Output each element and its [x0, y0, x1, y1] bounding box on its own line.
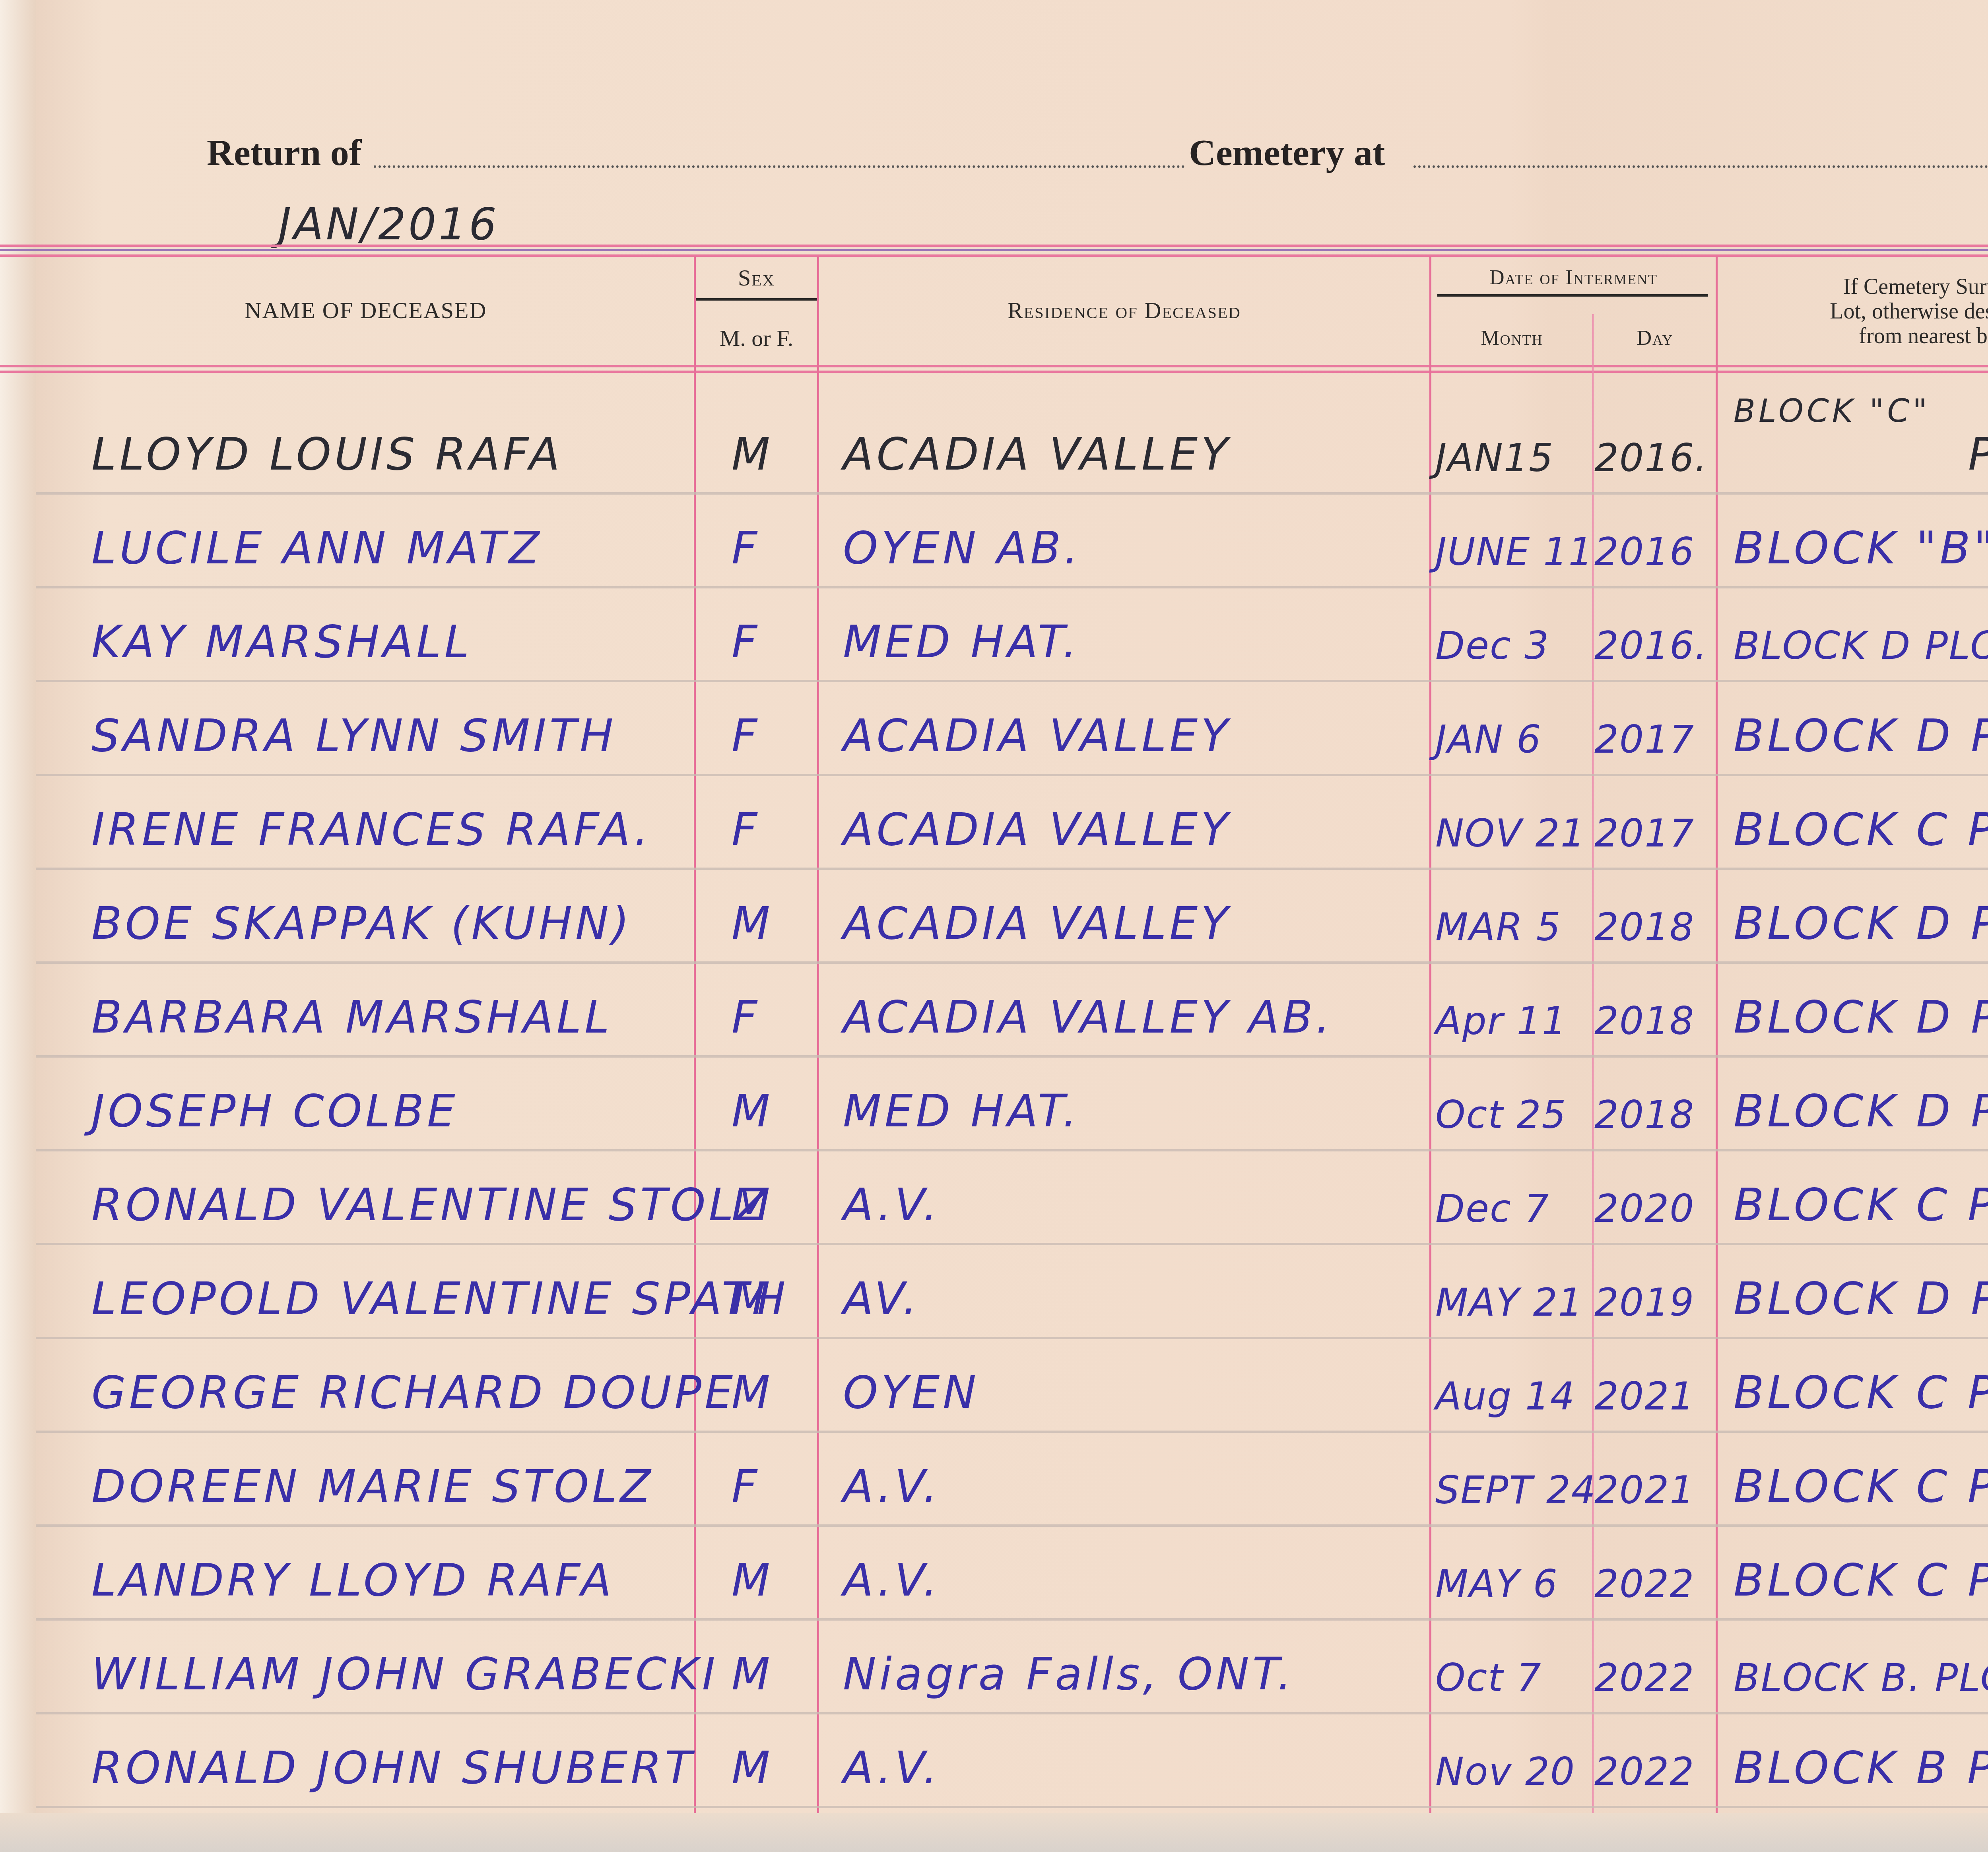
- residence-value: Niagra Falls, ONT.: [843, 1648, 1295, 1700]
- table-row: JOSEPH COLBEMMED HAT.Oct 252018BLOCK D P…: [0, 1058, 1988, 1146]
- interment-month: SEPT 24: [1435, 1468, 1596, 1512]
- deceased-name: BOE SKAPPAK (KUHN): [91, 898, 633, 949]
- header-date-rule: [1437, 294, 1708, 297]
- ruled-line: [36, 1055, 1988, 1058]
- interment-month: MAY 6: [1435, 1562, 1558, 1606]
- sex-value: F: [732, 616, 760, 668]
- interment-month: Dec 3: [1435, 623, 1549, 668]
- interment-day: 2021: [1594, 1468, 1695, 1512]
- table-row: RONALD VALENTINE STOLZMA.V.Dec 72020BLOC…: [0, 1152, 1988, 1240]
- table-row: BOE SKAPPAK (KUHN)MACADIA VALLEYMAR 5201…: [0, 871, 1988, 958]
- residence-value: A.V.: [843, 1461, 941, 1512]
- residence-value: MED HAT.: [843, 1085, 1080, 1137]
- ruled-line: [36, 492, 1988, 495]
- table-row: LUCILE ANN MATZFOYEN AB.JUNE 112016BLOCK…: [0, 495, 1988, 583]
- header-lot-line3: from nearest boundary of Cemetery: [1718, 324, 1988, 348]
- ruled-line: [36, 961, 1988, 964]
- ruled-line: [36, 868, 1988, 870]
- page-bottom-edge: [0, 1813, 1988, 1852]
- deceased-name: LANDRY LLOYD RAFA: [91, 1555, 615, 1606]
- residence-value: A.V.: [843, 1179, 941, 1231]
- lot-description: BLOCK C PLOT 47: [1734, 1367, 1988, 1419]
- header-top-rule: [0, 245, 1988, 247]
- deceased-name: KAY MARSHALL: [91, 616, 472, 668]
- interment-day: 2022: [1594, 1749, 1695, 1794]
- ruled-line: [36, 680, 1988, 682]
- interment-month: Oct 25: [1435, 1093, 1567, 1137]
- ruled-line: [36, 586, 1988, 588]
- table-row: LEOPOLD VALENTINE SPATHMAV.MAY 212019BLO…: [0, 1246, 1988, 1334]
- interment-day: 2021: [1594, 1374, 1695, 1419]
- residence-value: ACADIA VALLEY: [843, 710, 1231, 762]
- interment-month: Nov 20: [1435, 1749, 1575, 1794]
- deceased-name: LUCILE ANN MATZ: [91, 522, 542, 574]
- sex-value: M: [732, 1367, 773, 1419]
- table-row: GEORGE RICHARD DOUPEMOYENAug 142021BLOCK…: [0, 1340, 1988, 1427]
- interment-day: 2020: [1594, 1186, 1695, 1231]
- deceased-name: BARBARA MARSHALL: [91, 992, 613, 1043]
- deceased-name: LEOPOLD VALENTINE SPATH: [91, 1273, 789, 1325]
- header-day: Day: [1594, 326, 1716, 351]
- header-sex-rule: [696, 298, 817, 301]
- lot-block-note: BLOCK "C": [1734, 392, 1930, 429]
- header-month: Month: [1431, 326, 1592, 351]
- deceased-name: LLOYD LOUIS RAFA: [91, 429, 563, 480]
- interment-month: Aug 14: [1435, 1374, 1575, 1419]
- sex-value: M: [732, 1648, 773, 1700]
- return-of-label: Return of: [207, 131, 361, 174]
- sex-value: F: [732, 1461, 760, 1512]
- ruled-line: [36, 1243, 1988, 1245]
- sex-value: M: [732, 898, 773, 949]
- interment-month: Apr 11: [1435, 999, 1567, 1043]
- interment-day: 2016: [1594, 530, 1695, 574]
- header-top-rule-purple: [0, 249, 1988, 251]
- header-lot-line1: If Cemetery Surveyed State Number of: [1718, 274, 1988, 299]
- deceased-name: RONALD JOHN SHUBERT: [91, 1742, 695, 1794]
- lot-description: BLOCK C PLOT 86: [1734, 1461, 1988, 1512]
- residence-value: ACADIA VALLEY AB.: [843, 992, 1333, 1043]
- cemetery-at-label: Cemetery at: [1189, 131, 1385, 174]
- interment-day: 2016.: [1594, 436, 1708, 480]
- deceased-name: RONALD VALENTINE STOLZ: [91, 1179, 771, 1231]
- header-bottom-rule: [0, 365, 1988, 367]
- deceased-name: JOSEPH COLBE: [91, 1085, 458, 1137]
- interment-day: 2018: [1594, 1093, 1695, 1137]
- lot-description: BLOCK B. PLOT 90-91 cremation: [1734, 1656, 1988, 1700]
- sex-value: M: [732, 1742, 773, 1794]
- lot-description: BLOCK D PLOT 30: [1734, 1273, 1988, 1325]
- ruled-line: [36, 1806, 1988, 1808]
- interment-day: 2019: [1594, 1280, 1695, 1325]
- lot-description: BLOCK D PLOT 2.: [1734, 992, 1988, 1043]
- return-of-field: [374, 165, 1185, 168]
- interment-month: Dec 7: [1435, 1186, 1549, 1231]
- sex-value: M: [732, 1085, 773, 1137]
- lot-description: BLOCK B PLOT 32: [1734, 1742, 1988, 1794]
- residence-value: ACADIA VALLEY: [843, 804, 1231, 856]
- table-row: WILLIAM JOHN GRABECKIMNiagra Falls, ONT.…: [0, 1621, 1988, 1709]
- table-row: LANDRY LLOYD RAFAMA.V.MAY 62022BLOCK C P…: [0, 1528, 1988, 1615]
- lot-description: BLOCK D PLOT 15 - "B": [1734, 623, 1988, 668]
- residence-value: ACADIA VALLEY: [843, 429, 1231, 480]
- ruled-line: [36, 1712, 1988, 1714]
- header-date-of-interment: Date of Interment: [1431, 266, 1716, 290]
- residence-value: A.V.: [843, 1742, 941, 1794]
- sex-value: F: [732, 522, 760, 574]
- table-row: IRENE FRANCES RAFA.FACADIA VALLEYNOV 212…: [0, 777, 1988, 864]
- lot-description: BLOCK D PLOT 37: [1734, 898, 1988, 949]
- ruled-line: [36, 1431, 1988, 1433]
- interment-day: 2018: [1594, 999, 1695, 1043]
- table-row: LLOYD LOUIS RAFAMACADIA VALLEYJAN152016.…: [0, 402, 1988, 489]
- sex-value: M: [732, 1179, 773, 1231]
- table-row: SANDRA LYNN SMITHFACADIA VALLEYJAN 62017…: [0, 683, 1988, 771]
- table-row: BARBARA MARSHALLFACADIA VALLEY AB.Apr 11…: [0, 965, 1988, 1052]
- sex-value: M: [732, 1273, 773, 1325]
- cemetery-at-field: [1413, 165, 1988, 168]
- interment-day: 2016.: [1594, 623, 1708, 668]
- interment-day: 2018: [1594, 905, 1695, 949]
- lot-description: BLOCK C PLOT 87: [1734, 1179, 1988, 1231]
- interment-day: 2017: [1594, 811, 1695, 856]
- lot-description: PLOT 59: [1968, 429, 1988, 480]
- interment-month: MAY 21: [1435, 1280, 1583, 1325]
- deceased-name: DOREEN MARIE STOLZ: [91, 1461, 654, 1512]
- interment-day: 2022: [1594, 1562, 1695, 1606]
- sex-value: F: [732, 710, 760, 762]
- lot-description: BLOCK "B" PLOT #29: [1734, 522, 1988, 574]
- header-sex: Sex: [696, 266, 817, 290]
- header-residence: Residence of Deceased: [819, 298, 1429, 323]
- interment-day: 2017: [1594, 717, 1695, 762]
- header-lot-line2: Lot, otherwise describe place of interme…: [1718, 299, 1988, 324]
- header-sex-sub: M. or F.: [696, 326, 817, 351]
- deceased-name: IRENE FRANCES RAFA.: [91, 804, 652, 856]
- form-title-line: Return of Cemetery at for Quarter ending…: [207, 131, 1988, 179]
- residence-value: OYEN AB.: [843, 522, 1081, 574]
- header-bottom-rule-2: [0, 371, 1988, 373]
- ruled-line: [36, 1337, 1988, 1339]
- interment-month: JAN15: [1435, 436, 1554, 480]
- table-row: RONALD JOHN SHUBERTMA.V.Nov 202022BLOCK …: [0, 1715, 1988, 1803]
- interment-month: JAN 6: [1435, 717, 1541, 762]
- interment-month: MAR 5: [1435, 905, 1561, 949]
- sex-value: M: [732, 1555, 773, 1606]
- residence-value: ACADIA VALLEY: [843, 898, 1231, 949]
- lot-description: BLOCK C PLOT 61: [1734, 1555, 1988, 1606]
- header-name-of-deceased: NAME OF DECEASED: [40, 298, 692, 323]
- lot-description: BLOCK D PLOT 12: [1734, 1085, 1988, 1137]
- lot-description: BLOCK C PLOT 4: [1734, 804, 1988, 856]
- table-row: KAY MARSHALLFMED HAT.Dec 32016.BLOCK D P…: [0, 589, 1988, 677]
- sex-value: F: [732, 804, 760, 856]
- interment-month: JUNE 11: [1435, 530, 1594, 574]
- header-top-rule-2: [0, 254, 1988, 257]
- ruled-line: [36, 1618, 1988, 1621]
- deceased-name: SANDRA LYNN SMITH: [91, 710, 616, 762]
- residence-value: OYEN: [843, 1367, 979, 1419]
- interment-month: Oct 7: [1435, 1656, 1542, 1700]
- sex-value: F: [732, 992, 760, 1043]
- residence-value: AV.: [843, 1273, 920, 1325]
- ruled-line: [36, 1149, 1988, 1151]
- interment-month: NOV 21: [1435, 811, 1586, 856]
- ruled-line: [36, 774, 1988, 776]
- interment-day: 2022: [1594, 1656, 1695, 1700]
- table-row: DOREEN MARIE STOLZFA.V.SEPT 242021BLOCK …: [0, 1434, 1988, 1521]
- residence-value: A.V.: [843, 1555, 941, 1606]
- handwritten-date: JAN/2016: [278, 199, 499, 250]
- ruled-line: [36, 1524, 1988, 1527]
- residence-value: MED HAT.: [843, 616, 1080, 668]
- deceased-name: WILLIAM JOHN GRABECKI: [91, 1648, 718, 1700]
- deceased-name: GEORGE RICHARD DOUPE: [91, 1367, 736, 1419]
- lot-description: BLOCK D PLOT: [1734, 710, 1988, 762]
- sex-value: M: [732, 429, 773, 480]
